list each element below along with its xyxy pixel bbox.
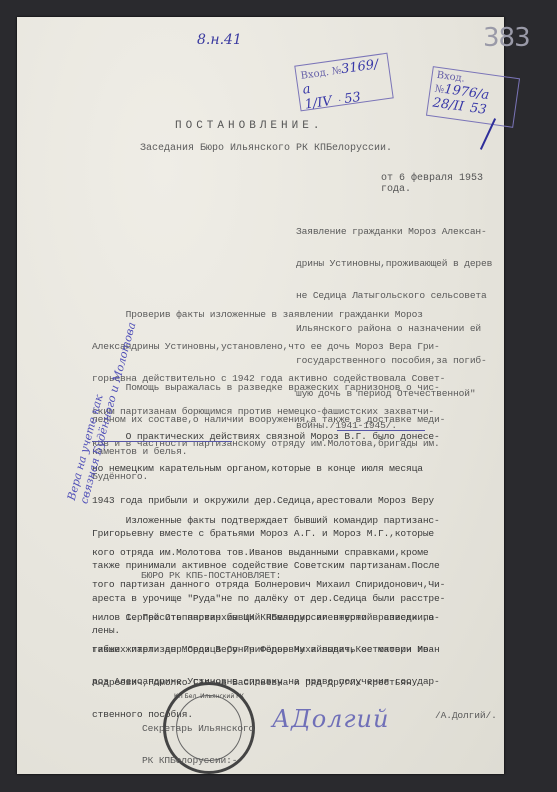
subject-line: Заявление гражданки Мороз Алексан-	[296, 227, 492, 238]
text-line: Помощь выражалась в разведке вражеских г…	[92, 383, 445, 394]
stamp-year: 53	[469, 101, 487, 118]
subject-line: дрины Устиновны,проживающей в дерев	[296, 259, 492, 270]
handwritten-underline	[92, 441, 232, 442]
seal-text: КП Бел. Ильянский РК	[166, 693, 252, 700]
stamp-label: Вход. №	[300, 65, 342, 82]
incoming-stamp-1: Вход. №3169/а 1/IV · 53	[294, 53, 393, 112]
text-line: Изложенные факты подтверждает бывший ком…	[92, 516, 445, 527]
text-line: кого отряда им.Молотова тов.Иванов выдан…	[92, 548, 445, 559]
text-line: но немецким карательным органом,которые …	[92, 464, 445, 475]
text-line: РК КПБелоруссии:-	[142, 756, 254, 767]
signatory-name: /А.Долгий/.	[435, 711, 497, 722]
text-line: 1. Просить партархив ЦК КПБелоруссии вне…	[92, 613, 440, 624]
page-number: 383	[483, 23, 530, 53]
document-title: ПОСТАНОВЛЕНИЕ.	[175, 120, 323, 132]
archive-note: 8.н.41	[197, 32, 242, 48]
resolution-heading: БЮРО РК КПБ-ПОСТАНОВЛЯЕТ:	[141, 571, 281, 582]
document-date: от 6 февраля 1953 года.	[381, 173, 504, 195]
stamp-month: IV	[316, 94, 332, 111]
text-line: Проверив факты изложенные в заявлении гр…	[92, 310, 445, 321]
text-line: роз Александрине Устиновне справку на пр…	[92, 677, 440, 688]
text-line: Александрины Устиновны,установлено,что е…	[92, 342, 445, 353]
handwritten-underline	[337, 430, 425, 431]
text-line: гибших партизан Мороз Веру Григорьевну и…	[92, 645, 440, 656]
incoming-stamp-2: Вход. №1976/а 28/II 53	[426, 66, 520, 128]
handwritten-signature: АДолгий	[272, 705, 389, 733]
stamp-year: 53	[343, 90, 361, 107]
document-page: 8.н.41 383 Вход. №3169/а 1/IV · 53 Вход.…	[17, 17, 504, 774]
signature-position: Секретарь Ильянского РК КПБелоруссии:-	[142, 702, 254, 788]
text-line: того партизан данного отряда Болнерович …	[92, 580, 445, 591]
stamp-month: II	[452, 98, 464, 114]
text-line: Секретарь Ильянского	[142, 724, 254, 735]
document-subtitle: Заседания Бюро Ильянского РК КПБелорусси…	[140, 143, 392, 154]
